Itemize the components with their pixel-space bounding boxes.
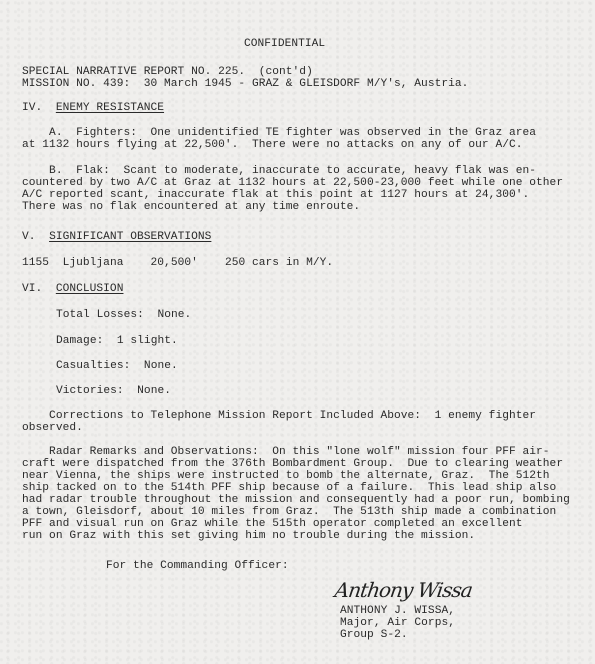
signatory-name: ANTHONY J. WISSA, — [340, 605, 455, 617]
mission-line: MISSION NO. 439: 30 March 1945 - GRAZ & … — [22, 78, 468, 90]
radar-line-6: a town, Gleisdorf, about 10 miles from G… — [22, 506, 556, 518]
radar-line-3: near Vienna, the ships were instructed t… — [22, 470, 550, 482]
observation-time: 1155 — [22, 257, 49, 269]
signatory-rank: Major, Air Corps, — [340, 617, 455, 629]
corrections-line-2: observed. — [22, 422, 83, 434]
section-vi-title: CONCLUSION — [56, 283, 124, 295]
section-iv-title: ENEMY RESISTANCE — [56, 102, 164, 114]
flak-line-2: countered by two A/C at Graz at 1132 hou… — [22, 177, 563, 189]
flak-line-4: There was no flak encountered at any tim… — [22, 201, 360, 213]
section-iv-numeral: IV. — [22, 102, 42, 114]
observation-entry: 1155 Ljubljana 20,500' 250 cars in M/Y. — [22, 257, 333, 269]
observation-location: Ljubljana — [63, 257, 124, 269]
document-page: CONFIDENTIAL SPECIAL NARRATIVE REPORT NO… — [0, 0, 595, 664]
radar-line-7: PFF and visual run on Graz while the 515… — [22, 518, 523, 530]
flak-line-3: A/C reported scant, inaccurate flak at t… — [22, 189, 529, 201]
conclusion-victories: Victories: None. — [56, 385, 171, 397]
radar-line-1: Radar Remarks and Observations: On this … — [22, 446, 550, 458]
radar-line-4: ship tacked on to the 514th PFF ship bec… — [22, 482, 556, 494]
signature-preamble: For the Commanding Officer: — [106, 560, 289, 572]
conclusion-total-losses: Total Losses: None. — [56, 309, 191, 321]
section-v-heading: V. SIGNIFICANT OBSERVATIONS — [22, 231, 211, 243]
fighters-line-1: A. Fighters: One unidentified TE fighter… — [22, 127, 536, 139]
radar-line-8: run on Graz with this set giving him no … — [22, 530, 475, 542]
section-v-title: SIGNIFICANT OBSERVATIONS — [49, 231, 211, 243]
classification-header: CONFIDENTIAL — [244, 38, 325, 50]
fighters-line-2: at 1132 hours flying at 22,500'. There w… — [22, 139, 523, 151]
conclusion-damage: Damage: 1 slight. — [56, 335, 178, 347]
conclusion-casualties: Casualties: None. — [56, 360, 178, 372]
section-v-numeral: V. — [22, 231, 36, 243]
observation-text: 250 cars in M/Y. — [225, 257, 333, 269]
radar-line-2: craft were dispatched from the 376th Bom… — [22, 458, 563, 470]
report-number-line: SPECIAL NARRATIVE REPORT NO. 225. (cont'… — [22, 66, 313, 78]
corrections-line-1: Corrections to Telephone Mission Report … — [22, 410, 536, 422]
signatory-position: Group S-2. — [340, 629, 408, 641]
handwritten-signature: Anthony Wissa — [333, 578, 473, 602]
flak-line-1: B. Flak: Scant to moderate, inaccurate t… — [22, 165, 536, 177]
radar-line-5: had radar trouble throughout the mission… — [22, 494, 570, 506]
section-iv-heading: IV. ENEMY RESISTANCE — [22, 102, 164, 114]
observation-altitude: 20,500' — [151, 257, 198, 269]
section-vi-heading: VI. CONCLUSION — [22, 283, 123, 295]
section-vi-numeral: VI. — [22, 283, 42, 295]
